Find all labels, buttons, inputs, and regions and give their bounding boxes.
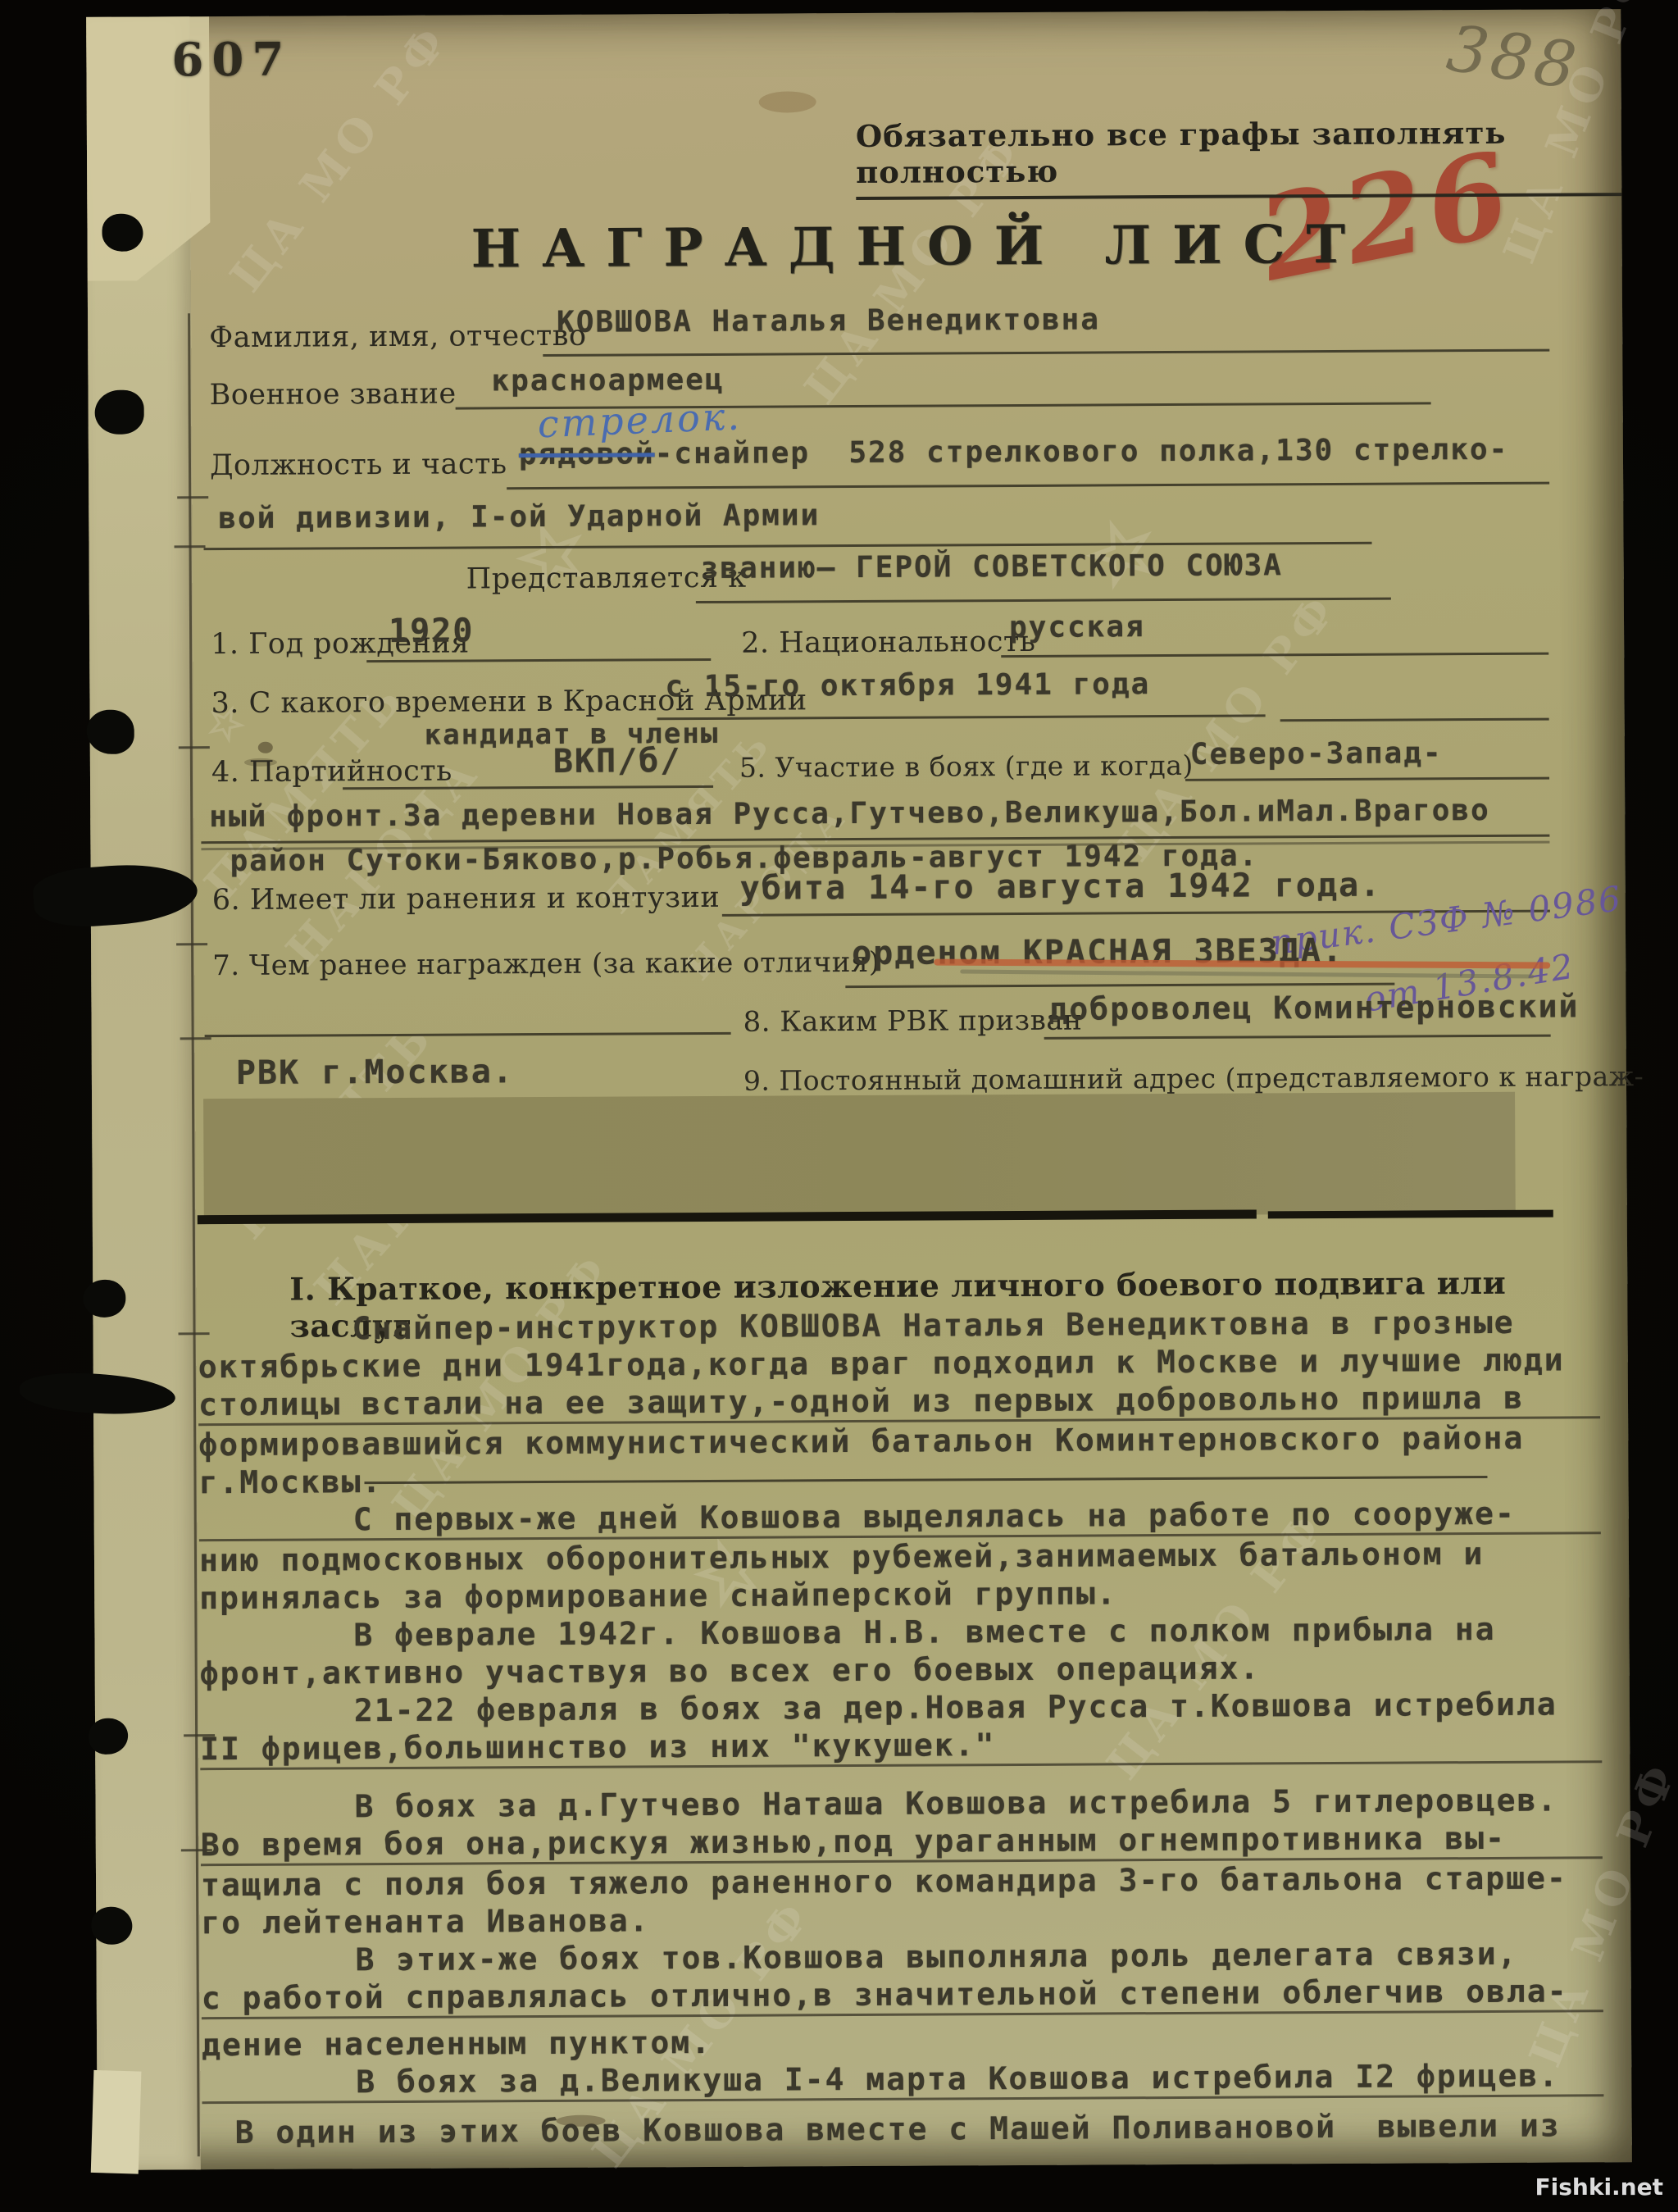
nominated-value: званию— ГЕРОЙ СОВЕТСКОГО СОЮЗА [701,548,1283,585]
body-line: II фрицев,большинство из них "кукушек." [200,1723,1602,1770]
punch-hole [95,390,144,435]
margin-tick [179,746,210,749]
nationality-label: 2. Национальность [741,626,1035,660]
party-label: 4. Партийность [211,755,452,790]
birth-year-value: 1920 [389,612,475,650]
form-line [1185,777,1549,781]
nationality-value: русская [1009,610,1145,644]
form-line [1001,653,1548,658]
position-value-text: -снайпер 528 стрелкового полка,130 стрел… [655,433,1509,471]
margin-tick [175,545,206,548]
margin-tick [180,1037,211,1040]
rank-value: красноармеец [491,363,724,398]
form-line [845,983,1394,989]
paper-sliver [91,2070,142,2174]
form-line [205,1032,731,1037]
name-label: Фамилия, имя, отчество [209,320,586,354]
wounds-value: убита 14-го августа 1942 года. [740,867,1382,908]
battles-line2: ный фронт.За деревни Новая Русса,Гутчево… [209,794,1490,834]
paper-stain [759,91,816,112]
party-value: ВКП/б/ [553,742,682,781]
body-line: В один из этих боев Ковшова вместе с Маш… [202,2106,1604,2151]
battles-label: 5. Участие в боях (где и когда) [739,749,1194,784]
prior-awards-label: 7. Чем ранее награжден (за какие отличия… [212,946,880,982]
form-line [1044,1035,1551,1040]
redacted-address-block [203,1092,1516,1220]
body-line: В боях за д.Великуша I-4 марта Ковшова и… [202,2056,1603,2104]
award-sheet-page: ЦА МО РФ ЦА МО РФ ЦА МО РФ ЦА МО РФ ЦА М… [86,9,1632,2170]
rank-label: Военное звание [209,378,456,412]
section-divider [1268,1210,1553,1219]
body-line: С первых-же дней Ковшова выделялась на р… [199,1494,1601,1541]
archive-stamp-number: 607 [171,33,292,88]
margin-tick [177,496,208,498]
position-value-2: вой дивизии, I-ой Ударной Армии [218,498,820,535]
form-instruction: Обязательно все графы заполнять полность… [856,114,1622,200]
paper-stain [258,742,273,753]
rvk-value-2: РВК г.Москва. [236,1053,514,1092]
name-value: КОВШОВА Наталья Венедиктовна [557,303,1100,339]
body-line: формировавшийся коммунистический батальо… [198,1418,1600,1463]
body-line: тащила с поля боя тяжело раненного коман… [201,1859,1603,1904]
position-value: рядовой-снайпер 528 стрелкового полка,13… [519,433,1509,471]
body-line: Во время боя она,рискуя жизнью,под урага… [201,1818,1603,1866]
form-line [696,598,1391,603]
section1-body: Снайпер-инструктор КОВШОВА Наталья Венед… [198,1303,1603,2151]
site-watermark: Fishki.net [1535,2173,1664,2201]
body-line: с работой справлялась отлично,в значител… [202,1972,1603,2019]
punch-hole [87,710,134,754]
body-line: нию подмосковных оборонительных рубежей,… [199,1534,1601,1579]
wounds-label: 6. Имеет ли ранения и контузии [212,881,721,917]
service-since-value: с 15-го октября 1941 года [665,667,1150,703]
position-struck-word: рядовой [519,437,655,471]
binding-edge-strip [86,16,201,2170]
scanned-document-canvas: ЦА МО РФ ЦА МО РФ ЦА МО РФ ЦА МО РФ ЦА М… [0,0,1678,2212]
margin-tick [176,943,207,945]
body-line: 21-22 февраля в боях за дер.Новая Русса … [200,1685,1602,1730]
body-line: В феврале 1942г. Ковшова Н.В. вместе с п… [199,1609,1601,1654]
rvk-label: 8. Каким РВК призван [743,1004,1082,1039]
form-line [543,349,1549,357]
punch-hole [91,1907,132,1945]
body-line: столицы встали на ее защиту,-одной из пе… [198,1378,1600,1426]
punch-hole [83,1280,125,1318]
form-line [1280,718,1549,722]
form-line [507,482,1549,490]
position-label: Должность и часть [210,448,507,482]
punch-hole [102,214,143,252]
battles-value: Северо-Запад- [1190,736,1443,771]
pencil-page-number: 388 [1443,11,1585,104]
document-title: НАГРАДНОЙ ЛИСТ [471,214,1367,280]
rvk-value: доброволец Коминтерновский [1048,988,1579,1026]
